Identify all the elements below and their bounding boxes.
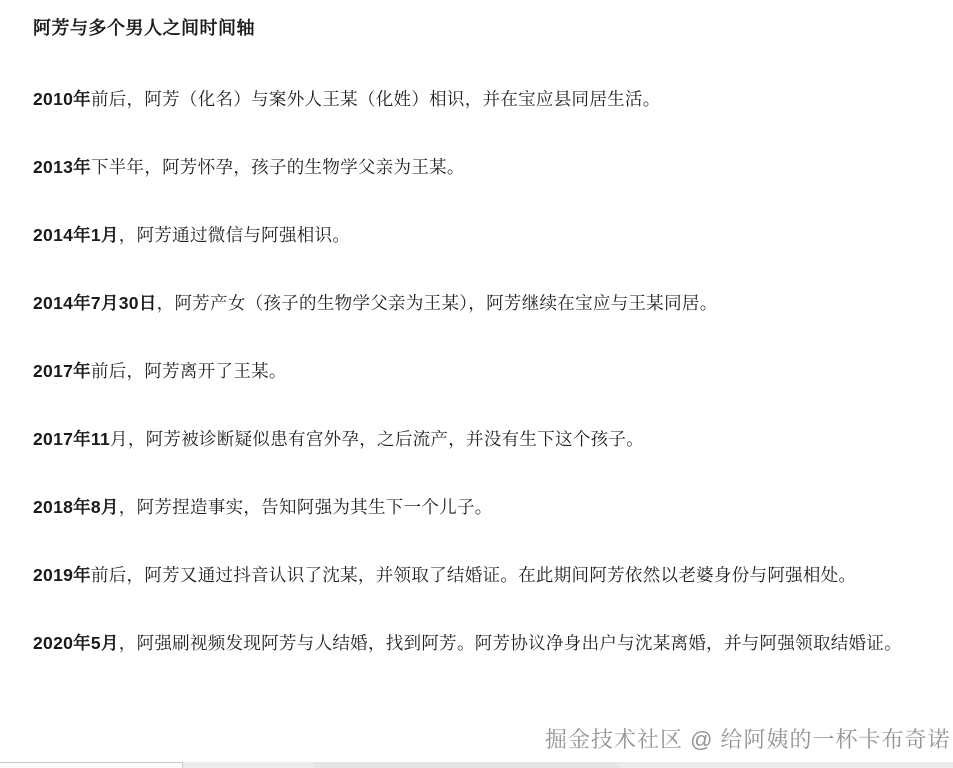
entry-date: 2020年5月 xyxy=(33,633,119,653)
entry-text: 下半年，阿芳怀孕，孩子的生物学父亲为王某。 xyxy=(91,157,465,177)
entry-text: ，阿芳通过微信与阿强相识。 xyxy=(119,225,350,245)
entry-text: ，阿芳捏造事实，告知阿强为其生下一个儿子。 xyxy=(119,497,493,517)
timeline-entry-2017-11: 2017年11月，阿芳被诊断疑似患有宫外孕，之后流产，并没有生下这个孩子。 xyxy=(33,423,917,456)
timeline-entry-2013: 2013年下半年，阿芳怀孕，孩子的生物学父亲为王某。 xyxy=(33,151,917,184)
timeline-entry-2014-07-30: 2014年7月30日，阿芳产女（孩子的生物学父亲为王某），阿芳继续在宝应与王某同… xyxy=(33,287,917,320)
cutoff-cell-gray xyxy=(313,762,620,768)
entry-date: 2013年 xyxy=(33,157,91,177)
entry-date: 2010年 xyxy=(33,89,91,109)
timeline-entry-2014-01: 2014年1月，阿芳通过微信与阿强相识。 xyxy=(33,219,917,252)
entry-text: 前后，阿芳离开了王某。 xyxy=(91,361,287,381)
entry-date: 2018年8月 xyxy=(33,497,119,517)
bottom-cutoff-strip xyxy=(0,762,953,768)
timeline-entry-2017: 2017年前后，阿芳离开了王某。 xyxy=(33,355,917,388)
entry-text: ，阿芳产女（孩子的生物学父亲为王某），阿芳继续在宝应与王某同居。 xyxy=(157,293,718,313)
page-title: 阿芳与多个男人之间时间轴 xyxy=(33,16,917,40)
article-page: 阿芳与多个男人之间时间轴 2010年前后，阿芳（化名）与案外人王某（化姓）相识，… xyxy=(0,0,953,768)
entry-date: 2017年11 xyxy=(33,429,110,449)
cutoff-cell-light xyxy=(620,762,953,768)
entry-text: ，阿强刷视频发现阿芳与人结婚，找到阿芳。阿芳协议净身出户与沈某离婚，并与阿强领取… xyxy=(119,633,902,653)
entry-date: 2019年 xyxy=(33,565,91,585)
timeline-entry-2018-08: 2018年8月，阿芳捏造事实，告知阿强为其生下一个儿子。 xyxy=(33,491,917,524)
cutoff-cell-white xyxy=(0,762,183,768)
cutoff-cell-mid xyxy=(183,762,313,768)
entry-date: 2014年1月 xyxy=(33,225,119,245)
entry-date: 2014年7月30日 xyxy=(33,293,157,313)
watermark: 掘金技术社区 @ 给阿姨的一杯卡布奇诺 xyxy=(545,723,951,754)
entry-date: 2017年 xyxy=(33,361,91,381)
timeline-entry-2010: 2010年前后，阿芳（化名）与案外人王某（化姓）相识，并在宝应县同居生活。 xyxy=(33,83,917,116)
entry-text: 前后，阿芳（化名）与案外人王某（化姓）相识，并在宝应县同居生活。 xyxy=(91,89,661,109)
timeline-entry-2019: 2019年前后，阿芳又通过抖音认识了沈某，并领取了结婚证。在此期间阿芳依然以老婆… xyxy=(33,559,917,592)
entry-text: 月，阿芳被诊断疑似患有宫外孕，之后流产，并没有生下这个孩子。 xyxy=(110,429,644,449)
timeline-entry-2020-05: 2020年5月，阿强刷视频发现阿芳与人结婚，找到阿芳。阿芳协议净身出户与沈某离婚… xyxy=(33,627,917,660)
entry-text: 前后，阿芳又通过抖音认识了沈某，并领取了结婚证。在此期间阿芳依然以老婆身份与阿强… xyxy=(91,565,856,585)
